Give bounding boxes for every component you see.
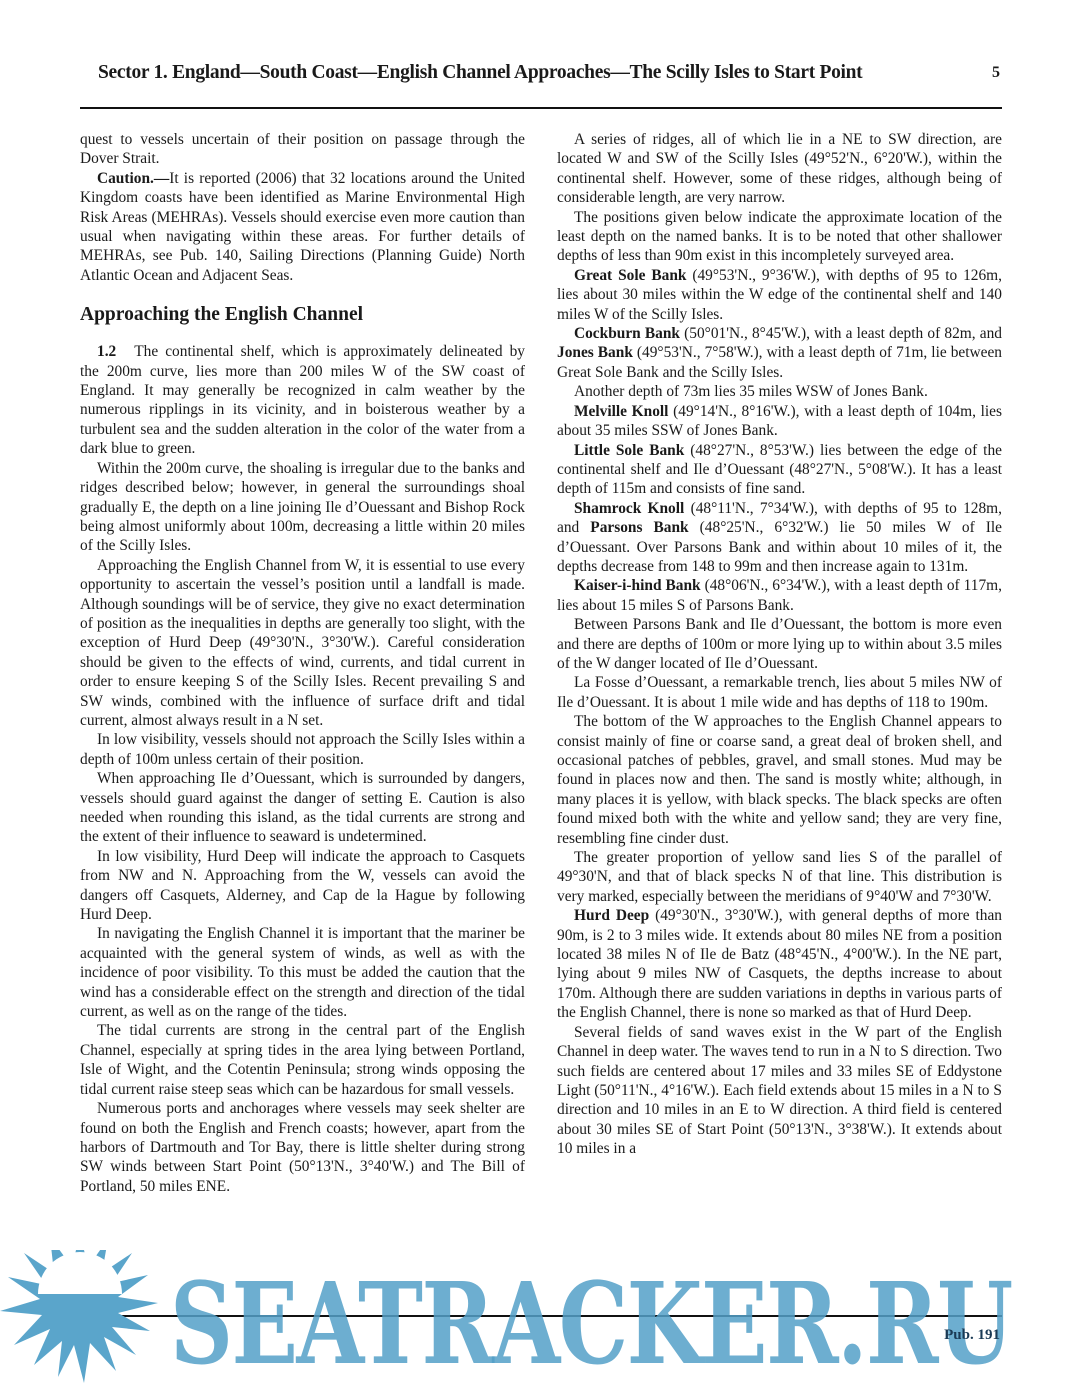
caution-label: Caution.— xyxy=(97,170,169,187)
bank-name: Shamrock Knoll xyxy=(574,500,684,517)
bank-description: (50°01'N., 8°45'W.), with a least depth … xyxy=(680,325,1002,342)
right-column: A series of ridges, all of which lie in … xyxy=(557,130,1002,1159)
header-rule xyxy=(80,107,1002,109)
paragraph-number: 1.2 xyxy=(97,343,116,360)
page-number: 5 xyxy=(992,64,1000,82)
section-heading: Approaching the English Channel xyxy=(80,303,525,327)
left-column: quest to vessels uncertain of their posi… xyxy=(80,130,525,1196)
paragraph: A series of ridges, all of which lie in … xyxy=(557,130,1002,208)
bank-name: Kaiser-i-hind Bank xyxy=(574,577,701,594)
paragraph: The positions given below indicate the a… xyxy=(557,208,1002,266)
paragraph-1-2: 1.2The continental shelf, which is appro… xyxy=(80,342,525,458)
bank-entry-melville: Melville Knoll (49°14'N., 8°16'W.), with… xyxy=(557,402,1002,441)
paragraph: Within the 200m curve, the shoaling is i… xyxy=(80,459,525,556)
bank-entry-great-sole: Great Sole Bank (49°53'N., 9°36'W.), wit… xyxy=(557,266,1002,324)
paragraph: The greater proportion of yellow sand li… xyxy=(557,848,1002,906)
paragraph: In navigating the English Channel it is … xyxy=(80,924,525,1021)
bank-name: Great Sole Bank xyxy=(574,267,686,284)
publication-number: Pub. 191 xyxy=(944,1327,1000,1344)
page-header: Sector 1. England—South Coast—English Ch… xyxy=(80,60,1000,90)
paragraph: Another depth of 73m lies 35 miles WSW o… xyxy=(557,382,1002,401)
paragraph: The bottom of the W approaches to the En… xyxy=(557,712,1002,848)
bank-name: Melville Knoll xyxy=(574,403,668,420)
bank-name: Cockburn Bank xyxy=(574,325,680,342)
bank-description: (49°30'N., 3°30'W.), with general depths… xyxy=(557,907,1002,1021)
bank-name: Little Sole Bank xyxy=(574,442,684,459)
caution-paragraph: Caution.—It is reported (2006) that 32 l… xyxy=(80,169,525,285)
paragraph: Several fields of sand waves exist in th… xyxy=(557,1023,1002,1159)
paragraph: Between Parsons Bank and Ile d’Ouessant,… xyxy=(557,615,1002,673)
bank-name: Parsons Bank xyxy=(590,519,688,536)
bank-entry-cockburn-jones: Cockburn Bank (50°01'N., 8°45'W.), with … xyxy=(557,324,1002,382)
bank-name: Hurd Deep xyxy=(574,907,649,924)
paragraph: Numerous ports and anchorages where vess… xyxy=(80,1099,525,1196)
paragraph: In low visibility, Hurd Deep will indica… xyxy=(80,847,525,925)
paragraph: La Fosse d’Ouessant, a remarkable trench… xyxy=(557,673,1002,712)
paragraph: In low visibility, vessels should not ap… xyxy=(80,730,525,769)
bank-entry-hurd-deep: Hurd Deep (49°30'N., 3°30'W.), with gene… xyxy=(557,906,1002,1022)
watermark-text: SEATRACKER.RU xyxy=(170,1275,1012,1375)
paragraph: Approaching the English Channel from W, … xyxy=(80,556,525,731)
paragraph: When approaching Ile d’Ouessant, which i… xyxy=(80,769,525,847)
bank-entry-shamrock-parsons: Shamrock Knoll (48°11'N., 7°34'W.), with… xyxy=(557,499,1002,577)
paragraph-text: The continental shelf, which is approxim… xyxy=(80,343,525,457)
paragraph: quest to vessels uncertain of their posi… xyxy=(80,130,525,169)
paragraph: The tidal currents are strong in the cen… xyxy=(80,1021,525,1099)
bank-name: Jones Bank xyxy=(557,344,633,361)
running-header-title: Sector 1. England—South Coast—English Ch… xyxy=(98,62,862,84)
bank-entry-kaiser-i-hind: Kaiser-i-hind Bank (48°06'N., 6°34'W.), … xyxy=(557,576,1002,615)
bank-entry-little-sole: Little Sole Bank (48°27'N., 8°53'W.) lie… xyxy=(557,441,1002,499)
